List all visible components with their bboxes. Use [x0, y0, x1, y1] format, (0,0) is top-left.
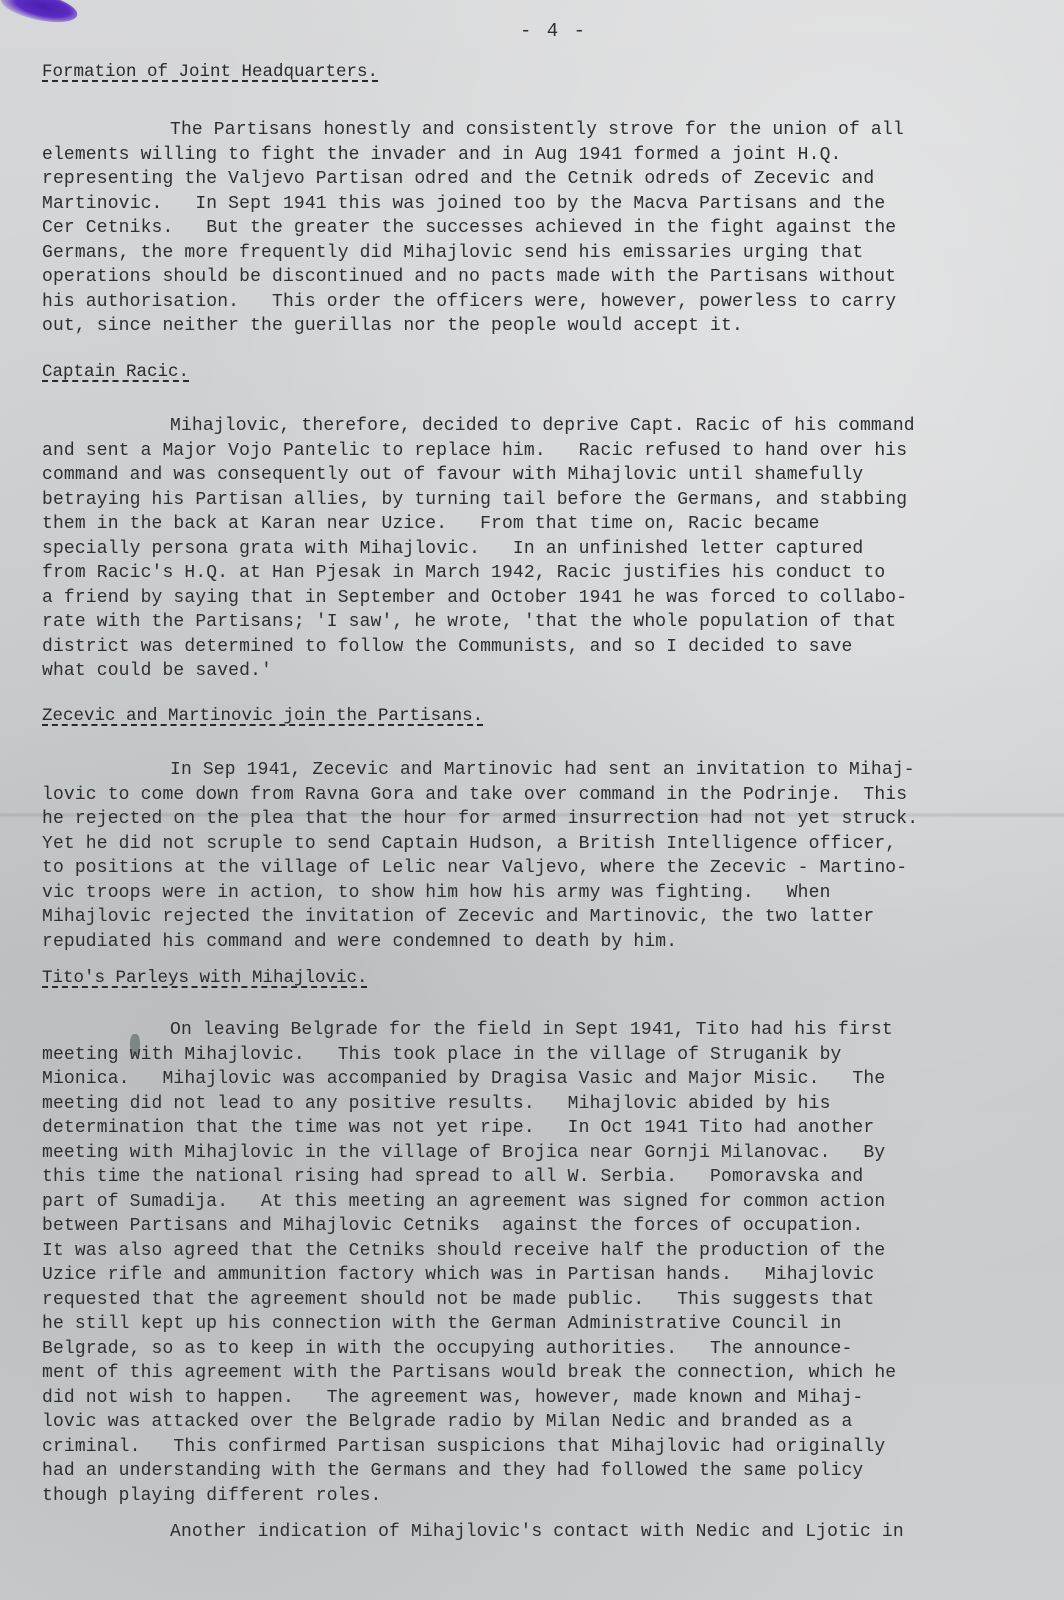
text-line: what could be saved.' [42, 659, 1017, 684]
text-line: criminal. This confirmed Partisan suspic… [42, 1435, 1017, 1460]
paragraph: The Partisans honestly and consistently … [42, 118, 1017, 339]
text-line: a friend by saying that in September and… [42, 586, 1017, 611]
text-line: this time the national rising had spread… [42, 1165, 1017, 1190]
text-line: them in the back at Karan near Uzice. Fr… [42, 512, 1017, 537]
section-heading-joint-headquarters: Formation of Joint Headquarters. [42, 62, 378, 82]
section-heading-captain-racic: Captain Racic. [42, 362, 189, 382]
text-line: ment of this agreement with the Partisan… [42, 1361, 1017, 1386]
text-line: Germans, the more frequently did Mihajlo… [42, 241, 1017, 266]
text-line: Mionica. Mihajlovic was accompanied by D… [42, 1067, 1017, 1092]
text-line: did not wish to happen. The agreement wa… [42, 1386, 1017, 1411]
text-line: and sent a Major Vojo Pantelic to replac… [42, 439, 1017, 464]
paragraph: In Sep 1941, Zecevic and Martinovic had … [42, 758, 1017, 954]
text-line: district was determined to follow the Co… [42, 635, 1017, 660]
text-line: his authorisation. This order the office… [42, 290, 1017, 315]
text-line: though playing different roles. [42, 1484, 1017, 1509]
text-line: Belgrade, so as to keep in with the occu… [42, 1337, 1017, 1362]
text-line: vic troops were in action, to show him h… [42, 881, 1017, 906]
text-line: meeting did not lead to any positive res… [42, 1092, 1017, 1117]
text-line: representing the Valjevo Partisan odred … [42, 167, 1017, 192]
text-line: meeting with Mihajlovic. This took place… [42, 1043, 1017, 1068]
text-line: specially persona grata with Mihajlovic.… [42, 537, 1017, 562]
section-heading-titos-parleys: Tito's Parleys with Mihajlovic. [42, 968, 368, 988]
text-line: The Partisans honestly and consistently … [42, 118, 1017, 143]
text-line: meeting with Mihajlovic in the village o… [42, 1141, 1017, 1166]
text-line: requested that the agreement should not … [42, 1288, 1017, 1313]
text-line: Another indication of Mihajlovic's conta… [42, 1520, 1017, 1545]
text-line: part of Sumadija. At this meeting an agr… [42, 1190, 1017, 1215]
text-line: Martinovic. In Sept 1941 this was joined… [42, 192, 1017, 217]
typewritten-page: - 4 - Formation of Joint Headquarters. T… [0, 0, 1064, 1600]
text-line: he still kept up his connection with the… [42, 1312, 1017, 1337]
text-line: Yet he did not scruple to send Captain H… [42, 832, 1017, 857]
paragraph: Mihajlovic, therefore, decided to depriv… [42, 414, 1017, 684]
text-line: lovic was attacked over the Belgrade rad… [42, 1410, 1017, 1435]
text-line: repudiated his command and were condemne… [42, 930, 1017, 955]
text-line: In Sep 1941, Zecevic and Martinovic had … [42, 758, 1017, 783]
text-line: lovic to come down from Ravna Gora and t… [42, 783, 1017, 808]
paragraph: On leaving Belgrade for the field in Sep… [42, 1018, 1017, 1508]
text-line: from Racic's H.Q. at Han Pjesak in March… [42, 561, 1017, 586]
text-line: Mihajlovic rejected the invitation of Ze… [42, 905, 1017, 930]
paragraph: Another indication of Mihajlovic's conta… [42, 1520, 1017, 1545]
text-line: had an understanding with the Germans an… [42, 1459, 1017, 1484]
text-line: It was also agreed that the Cetniks shou… [42, 1239, 1017, 1264]
page-number: - 4 - [520, 20, 587, 42]
text-line: command and was consequently out of favo… [42, 463, 1017, 488]
text-line: elements willing to fight the invader an… [42, 143, 1017, 168]
text-line: On leaving Belgrade for the field in Sep… [42, 1018, 1017, 1043]
text-line: Mihajlovic, therefore, decided to depriv… [42, 414, 1017, 439]
text-line: between Partisans and Mihajlovic Cetniks… [42, 1214, 1017, 1239]
purple-ink-mark [0, 0, 80, 28]
text-line: out, since neither the guerillas nor the… [42, 314, 1017, 339]
text-line: rate with the Partisans; 'I saw', he wro… [42, 610, 1017, 635]
text-line: Uzice rifle and ammunition factory which… [42, 1263, 1017, 1288]
text-line: operations should be discontinued and no… [42, 265, 1017, 290]
section-heading-zecevic-martinovic: Zecevic and Martinovic join the Partisan… [42, 706, 483, 726]
text-line: he rejected on the plea that the hour fo… [42, 807, 1017, 832]
text-line: determination that the time was not yet … [42, 1116, 1017, 1141]
text-line: betraying his Partisan allies, by turnin… [42, 488, 1017, 513]
text-line: to positions at the village of Lelic nea… [42, 856, 1017, 881]
text-line: Cer Cetniks. But the greater the success… [42, 216, 1017, 241]
